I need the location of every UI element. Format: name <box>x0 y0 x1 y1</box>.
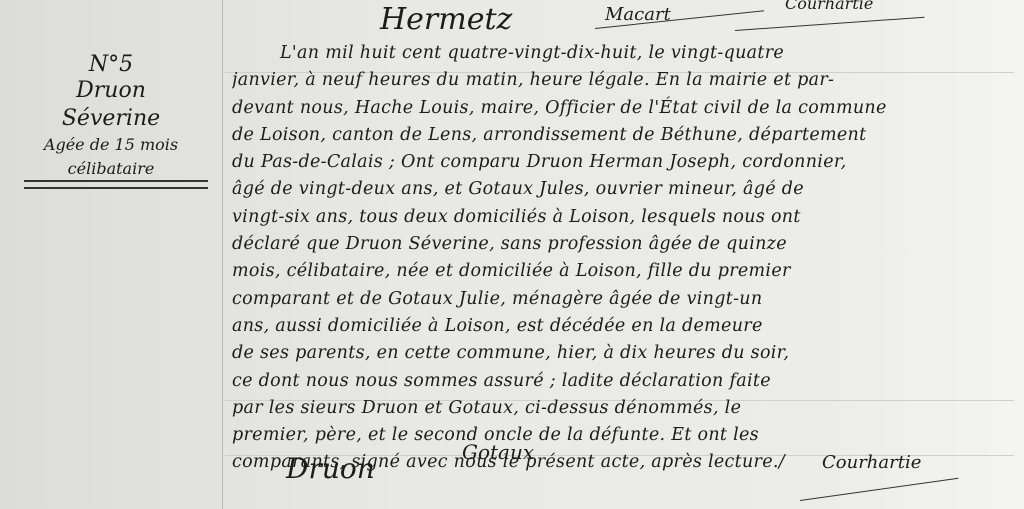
deceased-status: célibataire <box>0 157 222 181</box>
flourish-line <box>800 478 959 501</box>
double-rule <box>24 180 208 189</box>
deceased-age: Agée de 15 mois <box>0 133 222 157</box>
register-page: Hermetz Macart Courhartie N°5 Druon Séve… <box>0 0 1024 509</box>
text-line: mois, célibataire, née et domiciliée à L… <box>232 258 1022 285</box>
entry-number: N°5 <box>0 52 222 77</box>
text-line: âgé de vingt-deux ans, et Gotaux Jules, … <box>232 176 1022 203</box>
signature-courhartie: Courhartie <box>822 452 921 473</box>
deceased-first-name: Séverine <box>0 105 222 133</box>
flourish-line <box>735 17 925 31</box>
text-line: du Pas-de-Calais ; Ont comparu Druon Her… <box>232 149 1022 176</box>
signature-courhartie-top: Courhartie <box>785 0 873 13</box>
record-text: L'an mil huit cent quatre-vingt-dix-huit… <box>232 40 1022 477</box>
text-line: vingt-six ans, tous deux domiciliés à Lo… <box>232 204 1022 231</box>
text-line: janvier, à neuf heures du matin, heure l… <box>232 67 1022 94</box>
text-line: premier, père, et le second oncle de la … <box>232 422 1022 449</box>
text-line: de ses parents, en cette commune, hier, … <box>232 340 1022 367</box>
text-line: devant nous, Hache Louis, maire, Officie… <box>232 95 1022 122</box>
signature-druon: Druon <box>286 452 375 485</box>
deceased-surname: Druon <box>0 77 222 105</box>
margin-entry: N°5 Druon Séverine Agée de 15 mois célib… <box>0 50 222 181</box>
text-line: par les sieurs Druon et Gotaux, ci-dessu… <box>232 395 1022 422</box>
signature-gotaux: Gotaux <box>462 440 534 464</box>
signature-hermetz: Hermetz <box>380 2 512 37</box>
text-line: comparant et de Gotaux Julie, ménagère â… <box>232 286 1022 313</box>
text-line: de Loison, canton de Lens, arrondissemen… <box>232 122 1022 149</box>
text-line: ans, aussi domiciliée à Loison, est décé… <box>232 313 1022 340</box>
text-line: ce dont nous nous sommes assuré ; ladite… <box>232 368 1022 395</box>
text-line: L'an mil huit cent quatre-vingt-dix-huit… <box>232 40 1022 67</box>
text-line: déclaré que Druon Séverine, sans profess… <box>232 231 1022 258</box>
margin-rule <box>222 0 223 509</box>
